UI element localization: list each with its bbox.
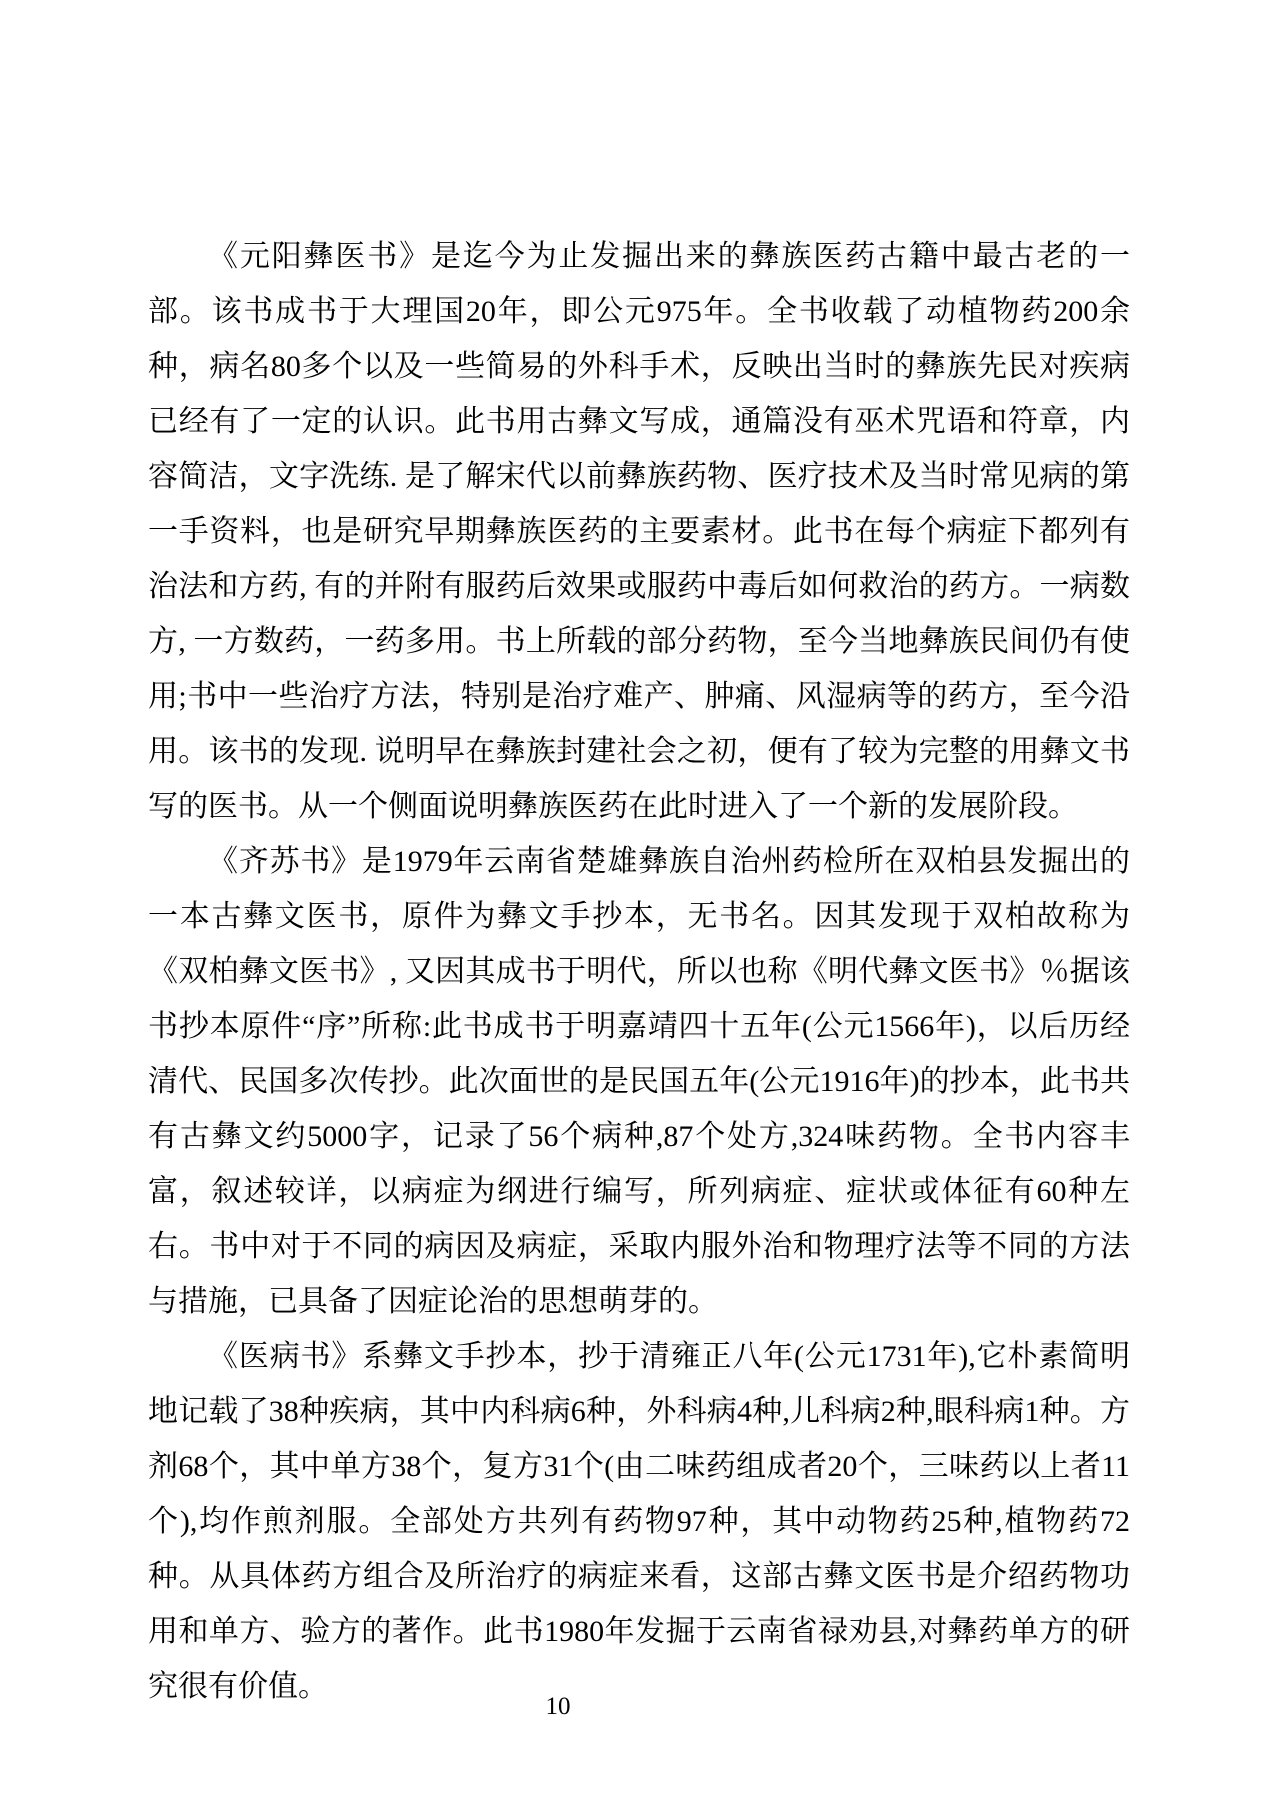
paragraph-yibing-book: 《医病书》系彝文手抄本，抄于清雍正八年(公元1731年),它朴素简明地记载了38… (148, 1329, 1130, 1714)
paragraph-yuanyang-yi-medical-book: 《元阳彝医书》是迄今为止发掘出来的彝族医药古籍中最古老的一部。该书成书于大理国2… (148, 229, 1130, 834)
paragraph-qisu-book: 《齐苏书》是1979年云南省楚雄彝族自治州药检所在双柏县发掘出的一本古彝文医书，… (148, 834, 1130, 1329)
page-number: 10 (546, 1693, 571, 1721)
document-page: 《元阳彝医书》是迄今为止发掘出来的彝族医药古籍中最古老的一部。该书成书于大理国2… (0, 0, 1274, 1801)
document-body: 《元阳彝医书》是迄今为止发掘出来的彝族医药古籍中最古老的一部。该书成书于大理国2… (148, 229, 1130, 1714)
